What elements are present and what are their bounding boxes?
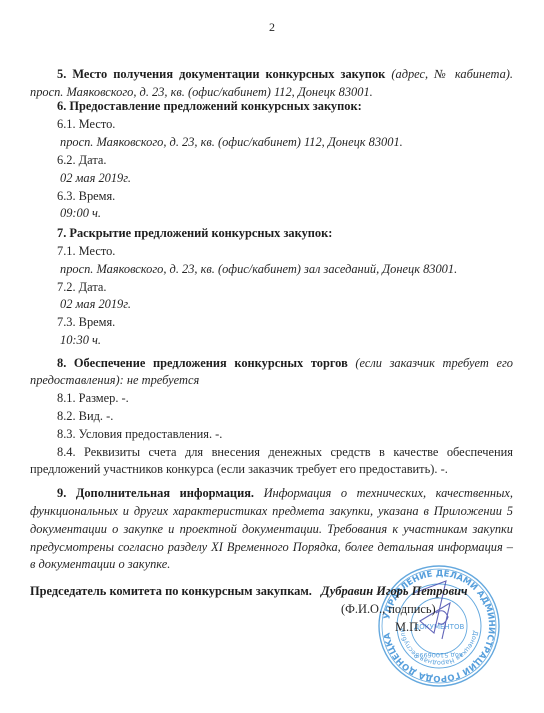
section-6-title: 6. Предоставление предложений конкурсных… — [57, 99, 362, 114]
section-8-requisites: 8.4. Реквизиты счета для внесения денежн… — [57, 445, 513, 460]
section-6-place-label: 6.1. Место. — [57, 117, 115, 132]
section-7-title: 7. Раскрытие предложений конкурсных заку… — [57, 226, 332, 241]
section-8-kind: 8.2. Вид. -. — [57, 409, 113, 424]
section-9-text-line-3: документации о закупке и проектной докум… — [30, 522, 513, 537]
section-7-place-label: 7.1. Место. — [57, 244, 115, 259]
signatory-position: Председатель комитета по конкурсным заку… — [30, 584, 312, 598]
section-6-time-label: 6.3. Время. — [57, 189, 115, 204]
document-page: 2 5. Место получения документации конкур… — [0, 0, 544, 713]
stamp-code: код 51006995 — [415, 651, 463, 659]
section-6-place-value: просп. Маяковского, д. 23, кв. (офис/каб… — [60, 135, 403, 150]
section-9-heading: 9. Дополнительная информация. Информация… — [57, 486, 513, 501]
section-8-size: 8.1. Размер. -. — [57, 391, 129, 406]
signature-line: Председатель комитета по конкурсным заку… — [30, 584, 468, 599]
section-8-title: 8. Обеспечение предложения конкурсных то… — [57, 356, 348, 370]
section-5-address: просп. Маяковского, д. 23, кв. (офис/каб… — [30, 85, 373, 100]
section-9-text-line-5: в документации о закупке. — [30, 557, 170, 572]
section-7-date-label: 7.2. Дата. — [57, 280, 106, 295]
seal-label: М.П. — [395, 620, 421, 635]
section-7-time-value: 10:30 ч. — [60, 333, 101, 348]
section-7-place-value: просп. Маяковского, д. 23, кв. (офис/каб… — [60, 262, 457, 277]
section-9-title: 9. Дополнительная информация. — [57, 486, 254, 500]
section-8-conditions: 8.3. Условия предоставления. -. — [57, 427, 222, 442]
signatory-name: Дубравин Игорь Петрович — [321, 584, 468, 598]
section-6-date-value: 02 мая 2019г. — [60, 171, 131, 186]
section-7-date-value: 02 мая 2019г. — [60, 297, 131, 312]
section-9-text-line-1: Информация о технических, качественных, — [264, 486, 513, 500]
section-6-date-label: 6.2. Дата. — [57, 153, 106, 168]
section-8-status: : не требуется — [120, 373, 200, 387]
section-7-time-label: 7.3. Время. — [57, 315, 115, 330]
section-5-title: 5. Место получения документации конкурсн… — [57, 67, 385, 81]
section-6-time-value: 09:00 ч. — [60, 206, 101, 221]
section-5-heading: 5. Место получения документации конкурсн… — [57, 67, 513, 82]
section-8-heading: 8. Обеспечение предложения конкурсных то… — [57, 356, 513, 371]
section-8-requisites-continued: предложений участников конкурса (если за… — [30, 462, 448, 477]
signature-caption: (Ф.И.О., подпись) — [341, 602, 436, 617]
section-9-text-line-4: предусмотрены согласно разделу XI Времен… — [30, 540, 513, 555]
section-8-note-continued: предоставления): не требуется — [30, 373, 199, 388]
page-number: 2 — [0, 20, 544, 35]
section-5-note: (адрес, № кабинета). — [391, 67, 513, 81]
section-9-text-line-2: функциональных и других характеристиках … — [30, 504, 513, 519]
section-8-note: (если заказчик требует его — [355, 356, 513, 370]
